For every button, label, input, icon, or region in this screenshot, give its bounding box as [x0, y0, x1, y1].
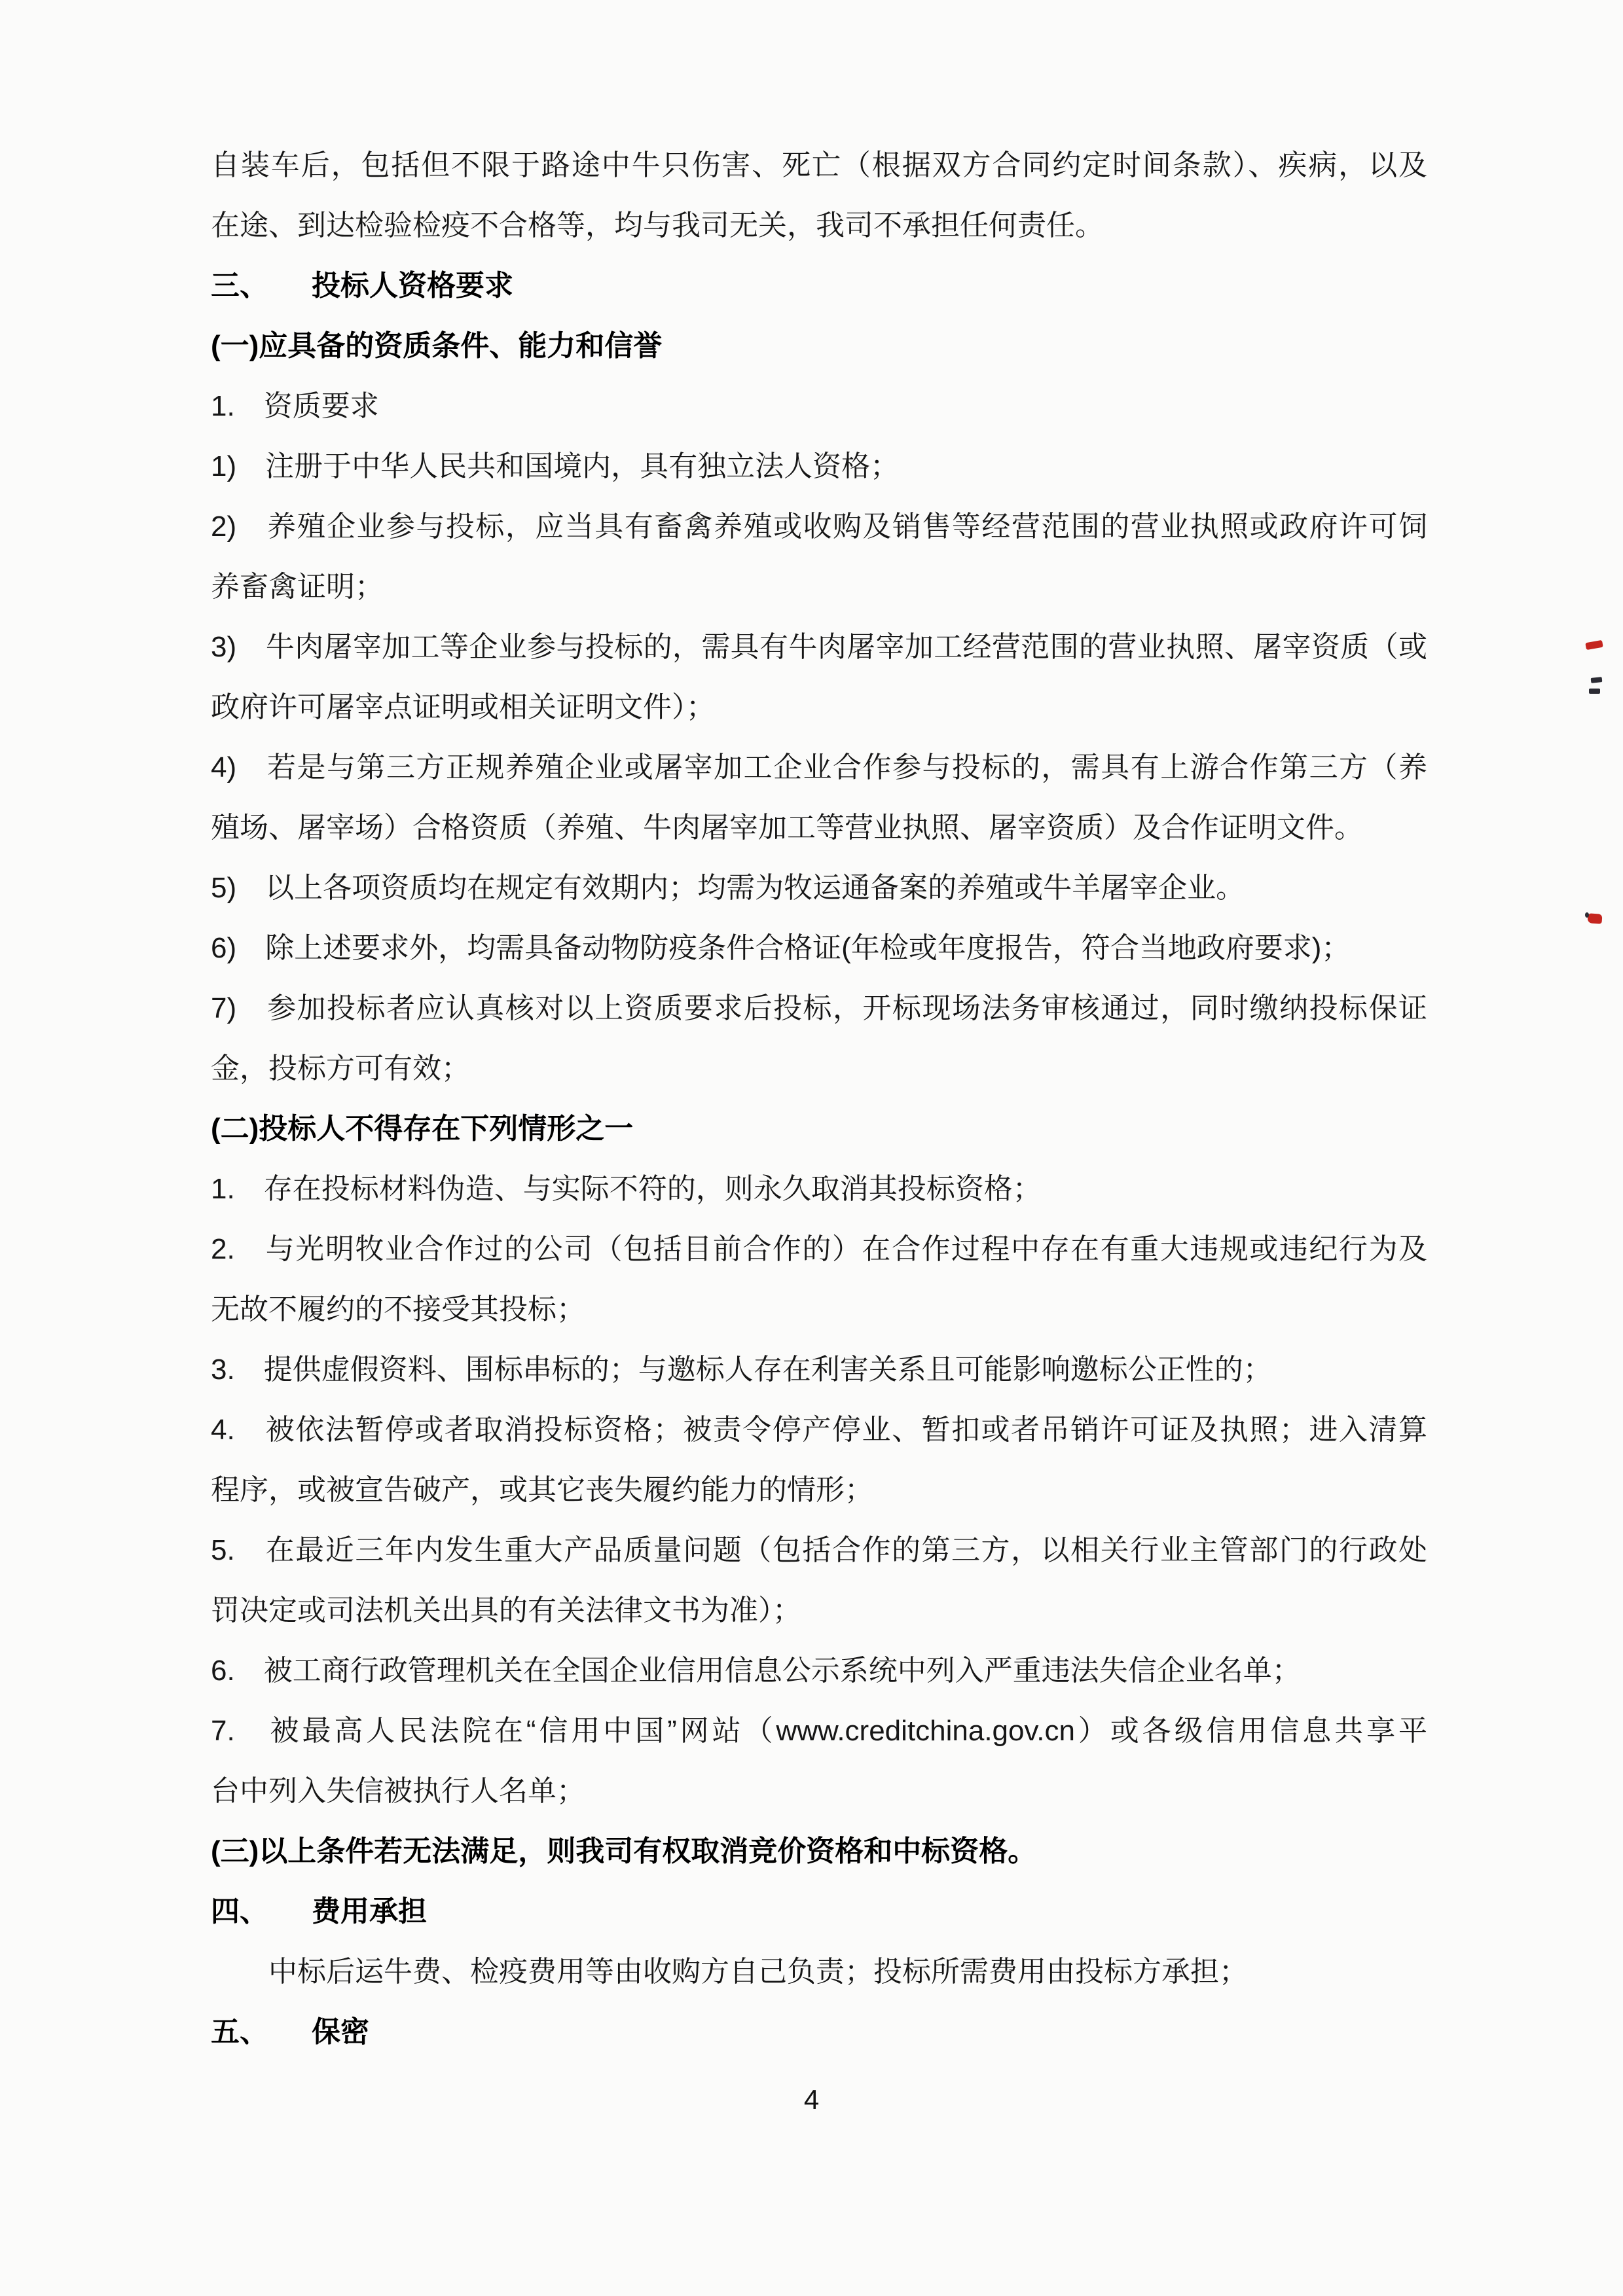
text-line: 三、 投标人资格要求 [211, 256, 1427, 316]
text-line: 6) 除上述要求外，均需具备动物防疫条件合格证(年检或年度报告，符合当地政府要求… [211, 918, 1427, 978]
text-line: (二)投标人不得存在下列情形之一 [211, 1099, 1427, 1159]
text-line: 7) 参加投标者应认真核对以上资质要求后投标，开标现场法务审核通过，同时缴纳投标… [211, 978, 1427, 1039]
text-line: 在途、到达检验检疫不合格等，均与我司无关，我司不承担任何责任。 [211, 196, 1427, 256]
text-line: 5) 以上各项资质均在规定有效期内；均需为牧运通备案的养殖或牛羊屠宰企业。 [211, 858, 1427, 918]
text-line: 程序，或被宣告破产，或其它丧失履约能力的情形； [211, 1460, 1427, 1520]
text-line: 1. 存在投标材料伪造、与实际不符的，则永久取消其投标资格； [211, 1159, 1427, 1219]
page-number: 4 [0, 2080, 1623, 2119]
text-line: 1. 资质要求 [211, 376, 1427, 437]
text-line: 罚决定或司法机关出具的有关法律文书为准）； [211, 1581, 1427, 1641]
text-line: 6. 被工商行政管理机关在全国企业信用信息公示系统中列入严重违法失信企业名单； [211, 1641, 1427, 1701]
text-line: (三)以上条件若无法满足，则我司有权取消竞价资格和中标资格。 [211, 1821, 1427, 1882]
text-line: 2) 养殖企业参与投标，应当具有畜禽养殖或收购及销售等经营范围的营业执照或政府许… [211, 497, 1427, 557]
document-page: 自装车后，包括但不限于路途中牛只伤害、死亡（根据双方合同约定时间条款）、疾病，以… [0, 0, 1623, 2296]
red-pen-mark [1585, 640, 1603, 650]
text-line: 中标后运牛费、检疫费用等由收购方自己负责；投标所需费用由投标方承担； [211, 1942, 1427, 2002]
text-line: 金，投标方可有效； [211, 1039, 1427, 1099]
text-line: 4. 被依法暂停或者取消投标资格；被责令停产停业、暂扣或者吊销许可证及执照；进入… [211, 1400, 1427, 1460]
text-line: 自装车后，包括但不限于路途中牛只伤害、死亡（根据双方合同约定时间条款）、疾病，以… [211, 135, 1427, 196]
text-line: 五、 保密 [211, 2002, 1427, 2062]
text-line: 台中列入失信被执行人名单； [211, 1761, 1427, 1821]
text-line: 殖场、屠宰场）合格资质（养殖、牛肉屠宰加工等营业执照、屠宰资质）及合作证明文件。 [211, 798, 1427, 858]
text-line: 养畜禽证明； [211, 557, 1427, 617]
text-line: 政府许可屠宰点证明或相关证明文件）； [211, 677, 1427, 738]
document-text-block: 自装车后，包括但不限于路途中牛只伤害、死亡（根据双方合同约定时间条款）、疾病，以… [211, 135, 1427, 2062]
text-line: 无故不履约的不接受其投标； [211, 1280, 1427, 1340]
text-line: 2. 与光明牧业合作过的公司（包括目前合作的）在合作过程中存在有重大违规或违纪行… [211, 1219, 1427, 1280]
text-line: 四、 费用承担 [211, 1882, 1427, 1942]
text-line: 5. 在最近三年内发生重大产品质量问题（包括合作的第三方，以相关行业主管部门的行… [211, 1520, 1427, 1581]
text-line: 4) 若是与第三方正规养殖企业或屠宰加工企业合作参与投标的，需具有上游合作第三方… [211, 738, 1427, 798]
text-line: (一)应具备的资质条件、能力和信誉 [211, 316, 1427, 376]
dark-pen-mark [1585, 912, 1589, 918]
red-pen-mark [1588, 913, 1603, 924]
text-line: 3) 牛肉屠宰加工等企业参与投标的，需具有牛肉屠宰加工经营范围的营业执照、屠宰资… [211, 617, 1427, 677]
text-line: 1) 注册于中华人民共和国境内，具有独立法人资格； [211, 437, 1427, 497]
text-line: 7. 被最高人民法院在“信用中国”网站（www.creditchina.gov.… [211, 1701, 1427, 1761]
dark-pen-mark [1589, 689, 1600, 694]
dark-pen-mark [1591, 677, 1603, 683]
text-line: 3. 提供虚假资料、围标串标的；与邀标人存在利害关系且可能影响邀标公正性的； [211, 1340, 1427, 1400]
